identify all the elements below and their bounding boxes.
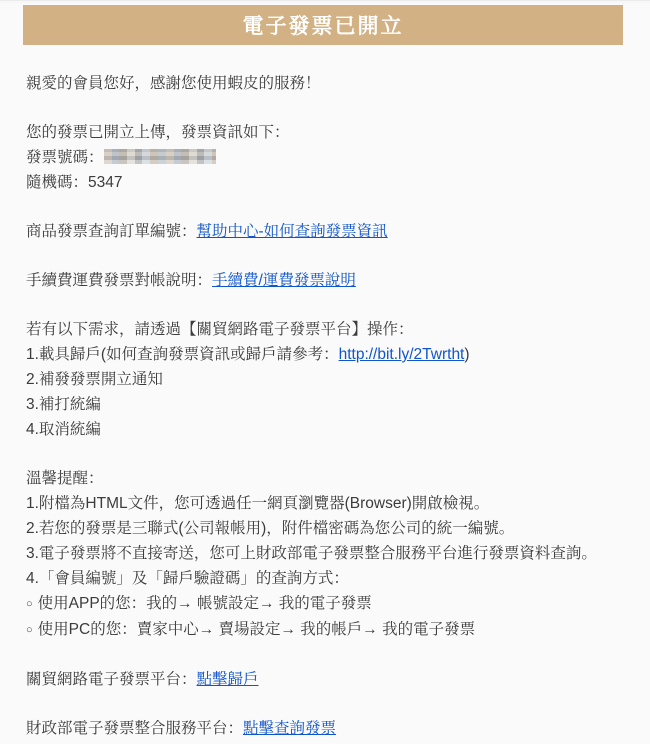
invoice-intro: 您的發票已開立上傳，發票資訊如下：	[26, 120, 626, 145]
random-code-value: 5347	[88, 174, 122, 191]
greeting-text: 親愛的會員您好，感謝您使用蝦皮的服務！	[26, 71, 626, 96]
circle-bullet: ○	[26, 618, 33, 643]
random-code-label: 隨機碼：	[26, 174, 88, 191]
reminder-item-1: 1.附檔為HTML文件，您可透過任一網頁瀏覽器(Browser)開啟檢視。	[26, 491, 626, 516]
platform-ops-item-1: 1.載具歸戶(如何查詢發票資訊或歸戶請參考：http://bit.ly/2Twr…	[26, 342, 626, 367]
app-path-row: ○使用APP的您：我的→ 帳號設定→ 我的電子發票	[26, 591, 626, 617]
platform-ops-block: 若有以下需求，請透過【關貿網路電子發票平台】操作： 1.載具歸戶(如何查詢發票資…	[26, 317, 626, 442]
mof-platform-label: 財政部電子發票整合服務平台：	[26, 720, 243, 737]
greeting-paragraph: 親愛的會員您好，感謝您使用蝦皮的服務！	[26, 71, 626, 96]
pc-path-text: 使用PC的您：賣家中心→ 賣場設定→ 我的帳戶→ 我的電子發票	[38, 621, 475, 638]
invoice-number-row: 發票號碼：	[26, 145, 626, 170]
circle-bullet: ○	[26, 592, 33, 617]
tradevan-platform-block: 關貿網路電子發票平台：點擊歸戶	[26, 667, 626, 692]
pc-path-row: ○使用PC的您：賣家中心→ 賣場設定→ 我的帳戶→ 我的電子發票	[26, 617, 626, 643]
mof-platform-block: 財政部電子發票整合服務平台：點擊查詢發票	[26, 716, 626, 741]
reminder-item-4: 4.「會員編號」及「歸戶驗證碼」的查詢方式：	[26, 566, 626, 591]
platform-ops-item-3: 3.補打統編	[26, 392, 626, 417]
invoice-info-block: 您的發票已開立上傳，發票資訊如下： 發票號碼： 隨機碼：5347	[26, 120, 626, 195]
reminder-item-2: 2.若您的發票是三聯式(公司報帳用)，附件檔密碼為您公司的統一編號。	[26, 516, 626, 541]
carrier-consolidation-prefix: 1.載具歸戶(如何查詢發票資訊或歸戶請參考：	[26, 346, 339, 363]
top-border-strip	[0, 0, 650, 3]
page-title: 電子發票已開立	[243, 10, 404, 40]
carrier-consolidation-suffix: )	[464, 346, 469, 363]
reminder-item-3: 3.電子發票將不直接寄送，您可上財政部電子發票整合服務平台進行發票資料查詢。	[26, 541, 626, 566]
order-lookup-block: 商品發票查詢訂單編號：幫助中心-如何查詢發票資訊	[26, 219, 626, 244]
header-banner: 電子發票已開立	[23, 5, 623, 45]
order-lookup-label: 商品發票查詢訂單編號：	[26, 223, 197, 240]
help-center-link[interactable]: 幫助中心-如何查詢發票資訊	[197, 223, 388, 240]
platform-ops-item-4: 4.取消統編	[26, 417, 626, 442]
reminder-title: 溫馨提醒：	[26, 466, 626, 491]
redacted-invoice-number	[104, 149, 216, 164]
tradevan-platform-label: 關貿網路電子發票平台：	[26, 671, 197, 688]
invoice-number-label: 發票號碼：	[26, 149, 104, 166]
fee-info-label: 手續費運費發票對帳說明：	[26, 272, 212, 289]
fee-invoice-help-link[interactable]: 手續費/運費發票說明	[212, 272, 356, 289]
random-code-row: 隨機碼：5347	[26, 170, 626, 195]
platform-ops-item-2: 2.補發發票開立通知	[26, 367, 626, 392]
app-path-text: 使用APP的您：我的→ 帳號設定→ 我的電子發票	[38, 595, 372, 612]
platform-ops-intro: 若有以下需求，請透過【關貿網路電子發票平台】操作：	[26, 317, 626, 342]
reminder-block: 溫馨提醒： 1.附檔為HTML文件，您可透過任一網頁瀏覽器(Browser)開啟…	[26, 466, 626, 643]
email-body: 親愛的會員您好，感謝您使用蝦皮的服務！ 您的發票已開立上傳，發票資訊如下： 發票…	[0, 45, 650, 741]
tradevan-consolidation-link[interactable]: 點擊歸戶	[197, 671, 259, 688]
mof-invoice-query-link[interactable]: 點擊查詢發票	[243, 720, 336, 737]
fee-info-block: 手續費運費發票對帳說明：手續費/運費發票說明	[26, 268, 626, 293]
bitly-link[interactable]: http://bit.ly/2Twrtht	[339, 346, 465, 363]
